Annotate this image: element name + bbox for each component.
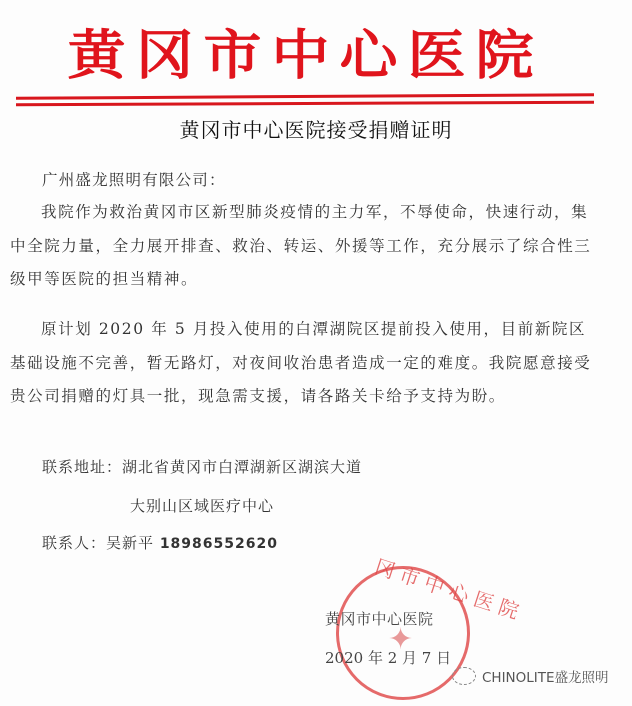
- document-title: 黄冈市中心医院接受捐赠证明: [0, 114, 632, 143]
- phone-number: 18986552620: [160, 536, 278, 552]
- letterhead-rule-bottom: [16, 101, 594, 107]
- watermark: CHINOLITE盛龙照明: [452, 666, 609, 686]
- contact-person: 联系人：吴新平 18986552620: [42, 532, 278, 553]
- letterhead-rule-top: [16, 93, 594, 100]
- contact-address: 联系地址：湖北省黄冈市白潭湖新区湖滨大道: [42, 456, 362, 477]
- paragraph-2: 原计划 2020 年 5 月投入使用的白潭湖院区提前投入使用，目前新院区基础设施…: [10, 313, 597, 414]
- signature-date: 2020 年 2 月 7 日: [325, 647, 451, 668]
- address-line-1: 湖北省黄冈市白潭湖新区湖滨大道: [122, 458, 362, 476]
- watermark-text: CHINOLITE盛龙照明: [482, 666, 609, 686]
- letterhead-title: 黄冈市中心医院: [18, 25, 593, 86]
- wechat-icon: [452, 667, 476, 685]
- person-name: 吴新平: [106, 534, 154, 552]
- paragraph-1: 我院作为救治黄冈市区新型肺炎疫情的主力军，不辱使命，快速行动，集中全院力量，全力…: [10, 196, 597, 297]
- salutation: 广州盛龙照明有限公司：: [42, 168, 597, 190]
- signature-org: 黄冈市中心医院: [325, 608, 434, 629]
- address-line-2: 大别山区域医疗中心: [130, 495, 274, 516]
- document-page: 黄冈市中心医院 黄冈市中心医院接受捐赠证明 广州盛龙照明有限公司： 我院作为救治…: [0, 0, 632, 706]
- address-label: 联系地址：: [42, 458, 122, 476]
- person-label: 联系人：: [42, 534, 106, 552]
